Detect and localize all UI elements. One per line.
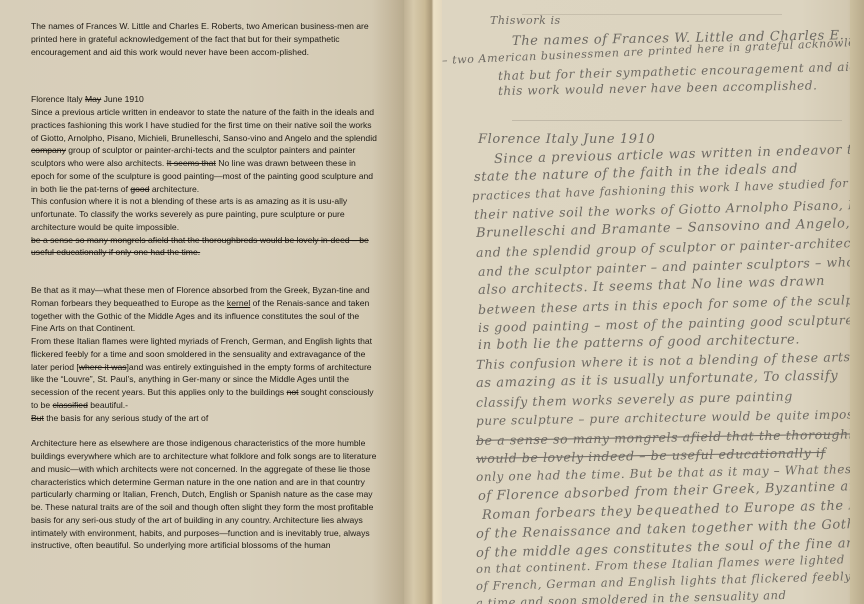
handwritten-manuscript: Thiswork is The names of Frances W. Litt… — [442, 0, 864, 604]
paragraph-flames: From these Italian flames were lighted m… — [31, 335, 378, 424]
book-gutter — [404, 0, 442, 604]
underlined-text: kernel — [227, 298, 250, 308]
page-edge — [850, 0, 864, 604]
deleted-text: But — [31, 413, 44, 423]
handwritten-line: in both lie the patterns of good archite… — [478, 332, 800, 353]
deleted-text: not — [287, 387, 299, 397]
deleted-paragraph: be a sense so many mongrels afield that … — [31, 234, 378, 260]
paragraph-florence: Be that as it may—what these men of Flor… — [31, 284, 378, 335]
deleted-text: good — [130, 184, 149, 194]
book-spread: The names of Frances W. Little and Charl… — [0, 0, 864, 604]
dateline-heading: Florence Italy May June 1910 — [31, 93, 378, 106]
dedication-paragraph: The names of Frances W. Little and Charl… — [31, 20, 378, 58]
handwritten-line: Thiswork is — [490, 14, 561, 27]
manuscript-page: Thiswork is The names of Frances W. Litt… — [442, 0, 864, 604]
deleted-text: May — [85, 94, 101, 104]
deleted-text: where it was — [79, 362, 127, 372]
paragraph-architecture: Architecture here as elsewhere are those… — [31, 437, 378, 552]
transcription-text: The names of Frances W. Little and Charl… — [31, 20, 378, 552]
deleted-text: classified — [53, 400, 88, 410]
transcription-page: The names of Frances W. Little and Charl… — [0, 0, 404, 604]
deleted-text: company — [31, 145, 66, 155]
deleted-text: It seems that — [167, 158, 216, 168]
paragraph-confusion: This confusion where it is not a blendin… — [31, 195, 378, 233]
paragraph-faith: Since a previous article written in ende… — [31, 106, 378, 195]
ruled-line — [522, 14, 782, 15]
ruled-line — [512, 120, 842, 121]
handwritten-line: classify them works severely as pure pai… — [476, 388, 793, 410]
handwritten-line: pure sculpture – pure architecture would… — [476, 407, 864, 428]
handwritten-line: Florence Italy June 1910 — [478, 132, 655, 147]
